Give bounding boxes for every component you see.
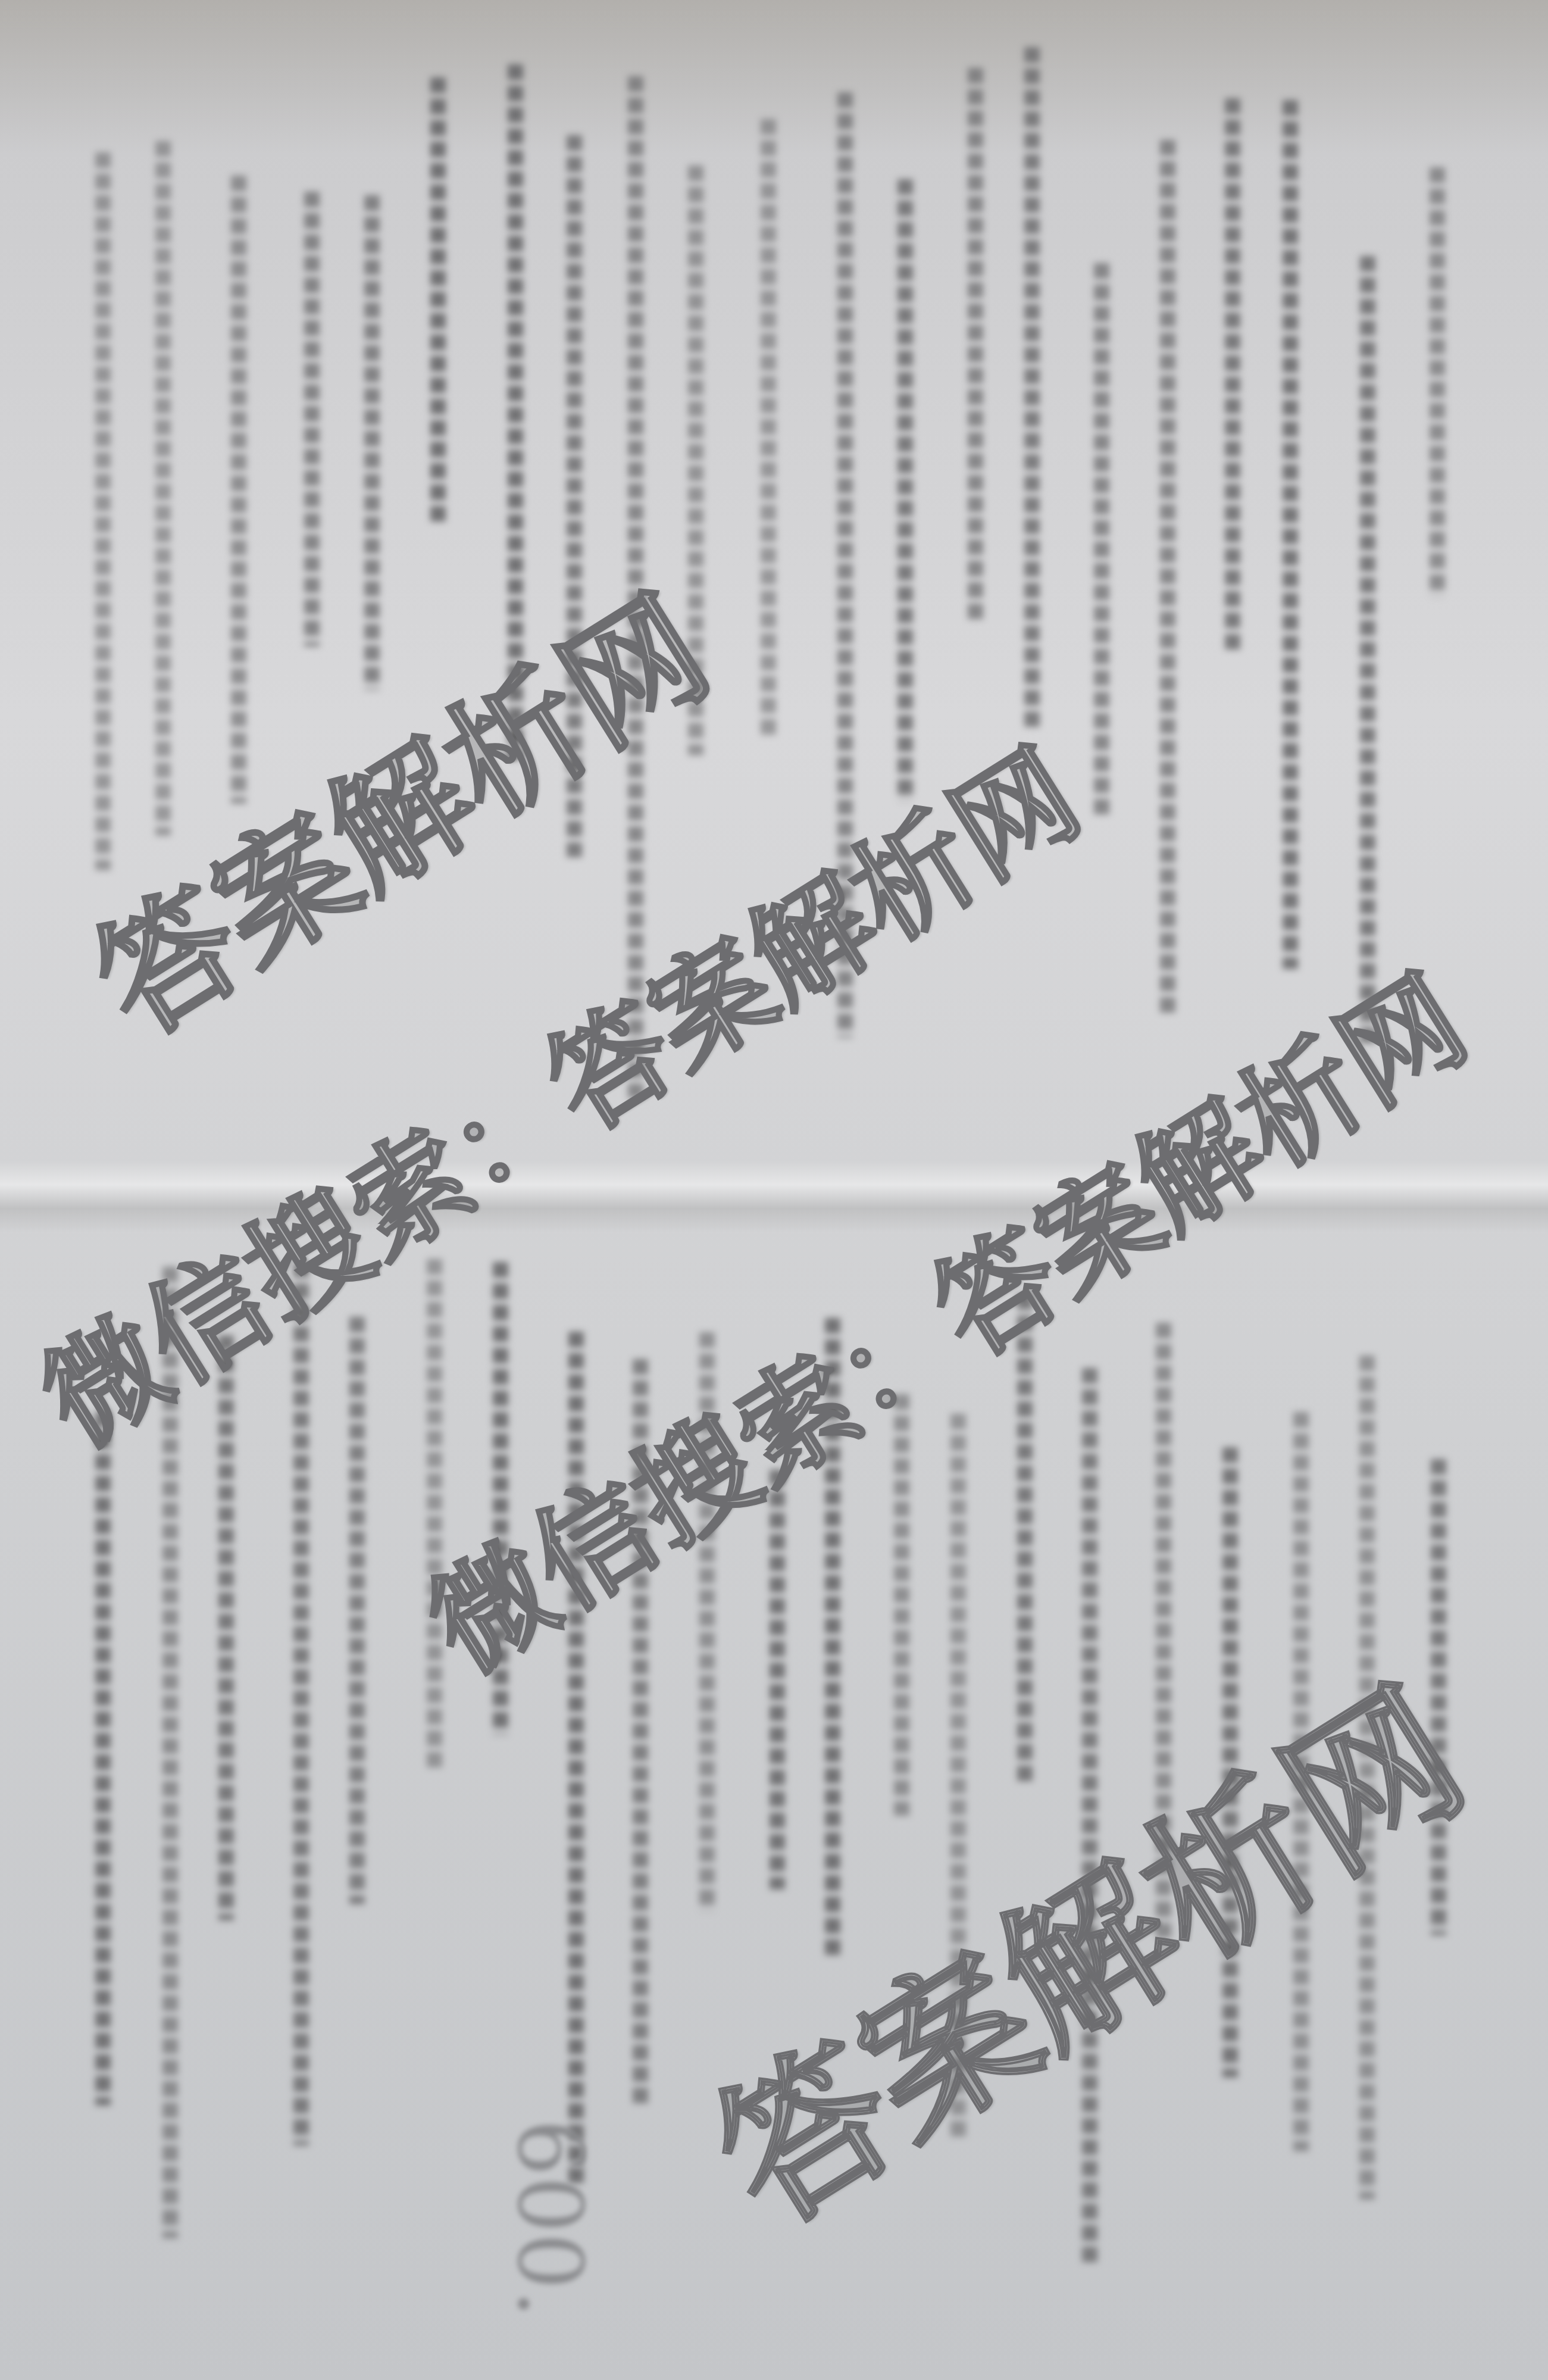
text-column xyxy=(218,1335,234,1920)
text-column xyxy=(1225,98,1240,655)
text-column xyxy=(968,68,983,624)
text-column xyxy=(95,1411,111,2106)
text-column xyxy=(894,1394,909,1816)
text-column xyxy=(427,1259,442,1768)
text-column xyxy=(364,195,380,690)
text-column xyxy=(293,1262,309,2145)
text-column xyxy=(1430,167,1445,596)
text-column xyxy=(770,1470,785,1889)
text-column xyxy=(1160,140,1175,1018)
text-column xyxy=(430,77,446,524)
text-column xyxy=(95,152,111,870)
text-column xyxy=(1283,100,1298,969)
text-column xyxy=(1360,256,1375,1047)
text-column xyxy=(761,119,776,736)
text-column xyxy=(155,141,171,836)
text-column xyxy=(231,176,246,804)
text-column xyxy=(1094,263,1109,819)
document-photo: 600. 答案解析网 微信搜索：答案解析网 微信搜索：答案解析网 答案解析网 xyxy=(0,0,1548,2380)
handwritten-note: 600. xyxy=(498,2119,601,2318)
text-column xyxy=(897,179,913,801)
text-column xyxy=(349,1317,365,1904)
text-column xyxy=(304,192,320,646)
text-column xyxy=(1024,47,1040,729)
